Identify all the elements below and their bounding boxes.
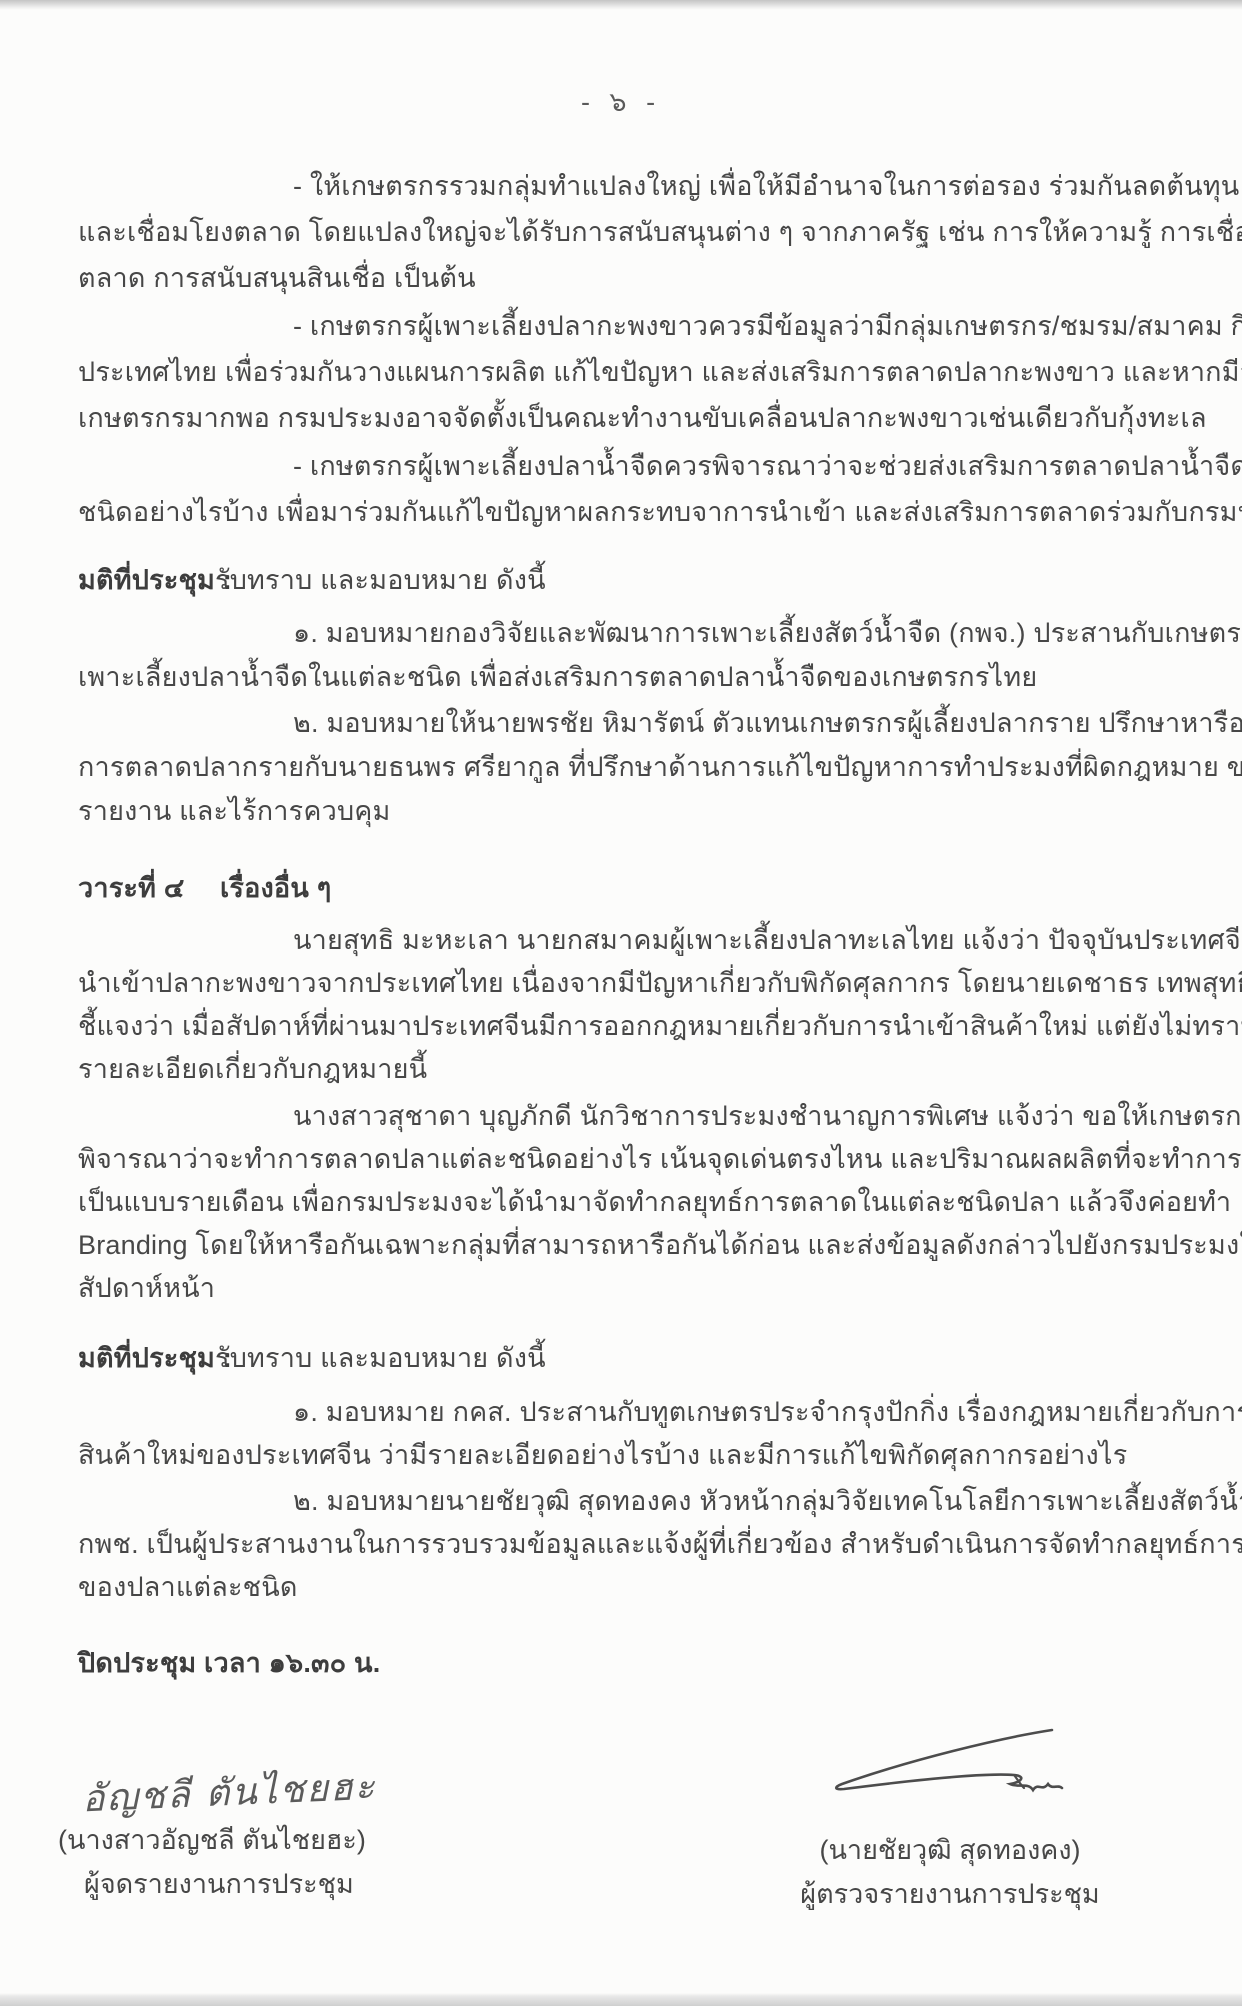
text-line: นำเข้าปลากะพงขาวจากประเทศไทย เนื่องจากมี…: [78, 965, 1242, 1001]
text-line: สินค้าใหม่ของประเทศจีน ว่ามีรายละเอียดอย…: [78, 1437, 1127, 1473]
left-signer-role: ผู้จดรายงานการประชุม: [84, 1862, 424, 1905]
text-line: ๒. มอบหมายให้นายพรชัย หิมารัตน์ ตัวแทนเก…: [293, 705, 1242, 741]
text-line: วาระที่ ๔: [78, 870, 184, 906]
text-line: รับทราบ และมอบหมาย ดังนี้: [215, 562, 546, 598]
text-line: นางสาวสุชาดา บุญภักดี นักวิชาการประมงชำน…: [293, 1098, 1242, 1134]
text-line: ของปลาแต่ละชนิด: [78, 1569, 298, 1605]
text-line: - ให้เกษตรกรรวมกลุ่มทำแปลงใหญ่ เพื่อให้ม…: [293, 168, 1242, 204]
right-signature-scribble-icon: [790, 1718, 1080, 1828]
text-line: รายละเอียดเกี่ยวกับกฎหมายนี้: [78, 1051, 427, 1087]
page-number: - ๖ -: [0, 80, 1242, 123]
text-line: เป็นแบบรายเดือน เพื่อกรมประมงจะได้นำมาจั…: [78, 1184, 1231, 1220]
text-line: นายสุทธิ มะหะเลา นายกสมาคมผู้เพาะเลี้ยงป…: [293, 922, 1242, 958]
text-line: ปิดประชุม เวลา ๑๖.๓๐ น.: [78, 1645, 380, 1681]
text-line: เกษตรกรมากพอ กรมประมงอาจจัดตั้งเป็นคณะทำ…: [78, 400, 1207, 436]
left-signer-name: (นางสาวอัญชลี ตันไชยฮะ): [58, 1818, 418, 1861]
text-line: มติที่ประชุม :: [78, 562, 232, 598]
text-line: ตลาด การสนับสนุนสินเชื่อ เป็นต้น: [78, 260, 476, 296]
text-line: รับทราบ และมอบหมาย ดังนี้: [215, 1340, 546, 1376]
text-line: - เกษตรกรผู้เพาะเลี้ยงปลาน้ำจืดควรพิจารณ…: [293, 448, 1242, 484]
text-line: พิจารณาว่าจะทำการตลาดปลาแต่ละชนิดอย่างไร…: [78, 1141, 1242, 1177]
right-signer-role: ผู้ตรวจรายงานการประชุม: [770, 1872, 1130, 1915]
text-line: เรื่องอื่น ๆ: [220, 870, 331, 906]
text-line: เพาะเลี้ยงปลาน้ำจืดในแต่ละชนิด เพื่อส่งเ…: [78, 659, 1037, 695]
text-line: และเชื่อมโยงตลาด โดยแปลงใหญ่จะได้รับการส…: [78, 214, 1242, 250]
text-line: Branding โดยให้หารือกันเฉพาะกลุ่มที่สามา…: [78, 1227, 1242, 1263]
right-signer-name: (นายชัยวุฒิ สุดทองคง): [770, 1828, 1130, 1871]
text-line: ชนิดอย่างไรบ้าง เพื่อมาร่วมกันแก้ไขปัญหา…: [78, 494, 1242, 530]
text-line: - เกษตรกรผู้เพาะเลี้ยงปลากะพงขาวควรมีข้อ…: [293, 308, 1242, 344]
text-line: รายงาน และไร้การควบคุม: [78, 793, 391, 829]
text-line: มติที่ประชุม :: [78, 1340, 232, 1376]
text-line: การตลาดปลากรายกับนายธนพร ศรียากูล ที่ปรึ…: [78, 749, 1242, 785]
text-line: ๑. มอบหมาย กคส. ประสานกับทูตเกษตรประจำกร…: [293, 1394, 1242, 1430]
text-line: ๒. มอบหมายนายชัยวุฒิ สุดทองคง หัวหน้ากลุ…: [293, 1483, 1242, 1519]
text-line: ประเทศไทย เพื่อร่วมกันวางแผนการผลิต แก้ไ…: [78, 354, 1242, 390]
scan-edge-bottom: [0, 1993, 1242, 2006]
scan-edge-top: [0, 0, 1242, 10]
text-line: ๑. มอบหมายกองวิจัยและพัฒนาการเพาะเลี้ยงส…: [293, 615, 1242, 651]
document-page: - ๖ - - ให้เกษตรกรรวมกลุ่มทำแปลงใหญ่ เพื…: [0, 0, 1242, 2006]
text-line: กพช. เป็นผู้ประสานงานในการรวบรวมข้อมูลแล…: [78, 1526, 1242, 1562]
text-line: ชี้แจงว่า เมื่อสัปดาห์ที่ผ่านมาประเทศจีน…: [78, 1008, 1242, 1044]
text-line: สัปดาห์หน้า: [78, 1270, 215, 1306]
